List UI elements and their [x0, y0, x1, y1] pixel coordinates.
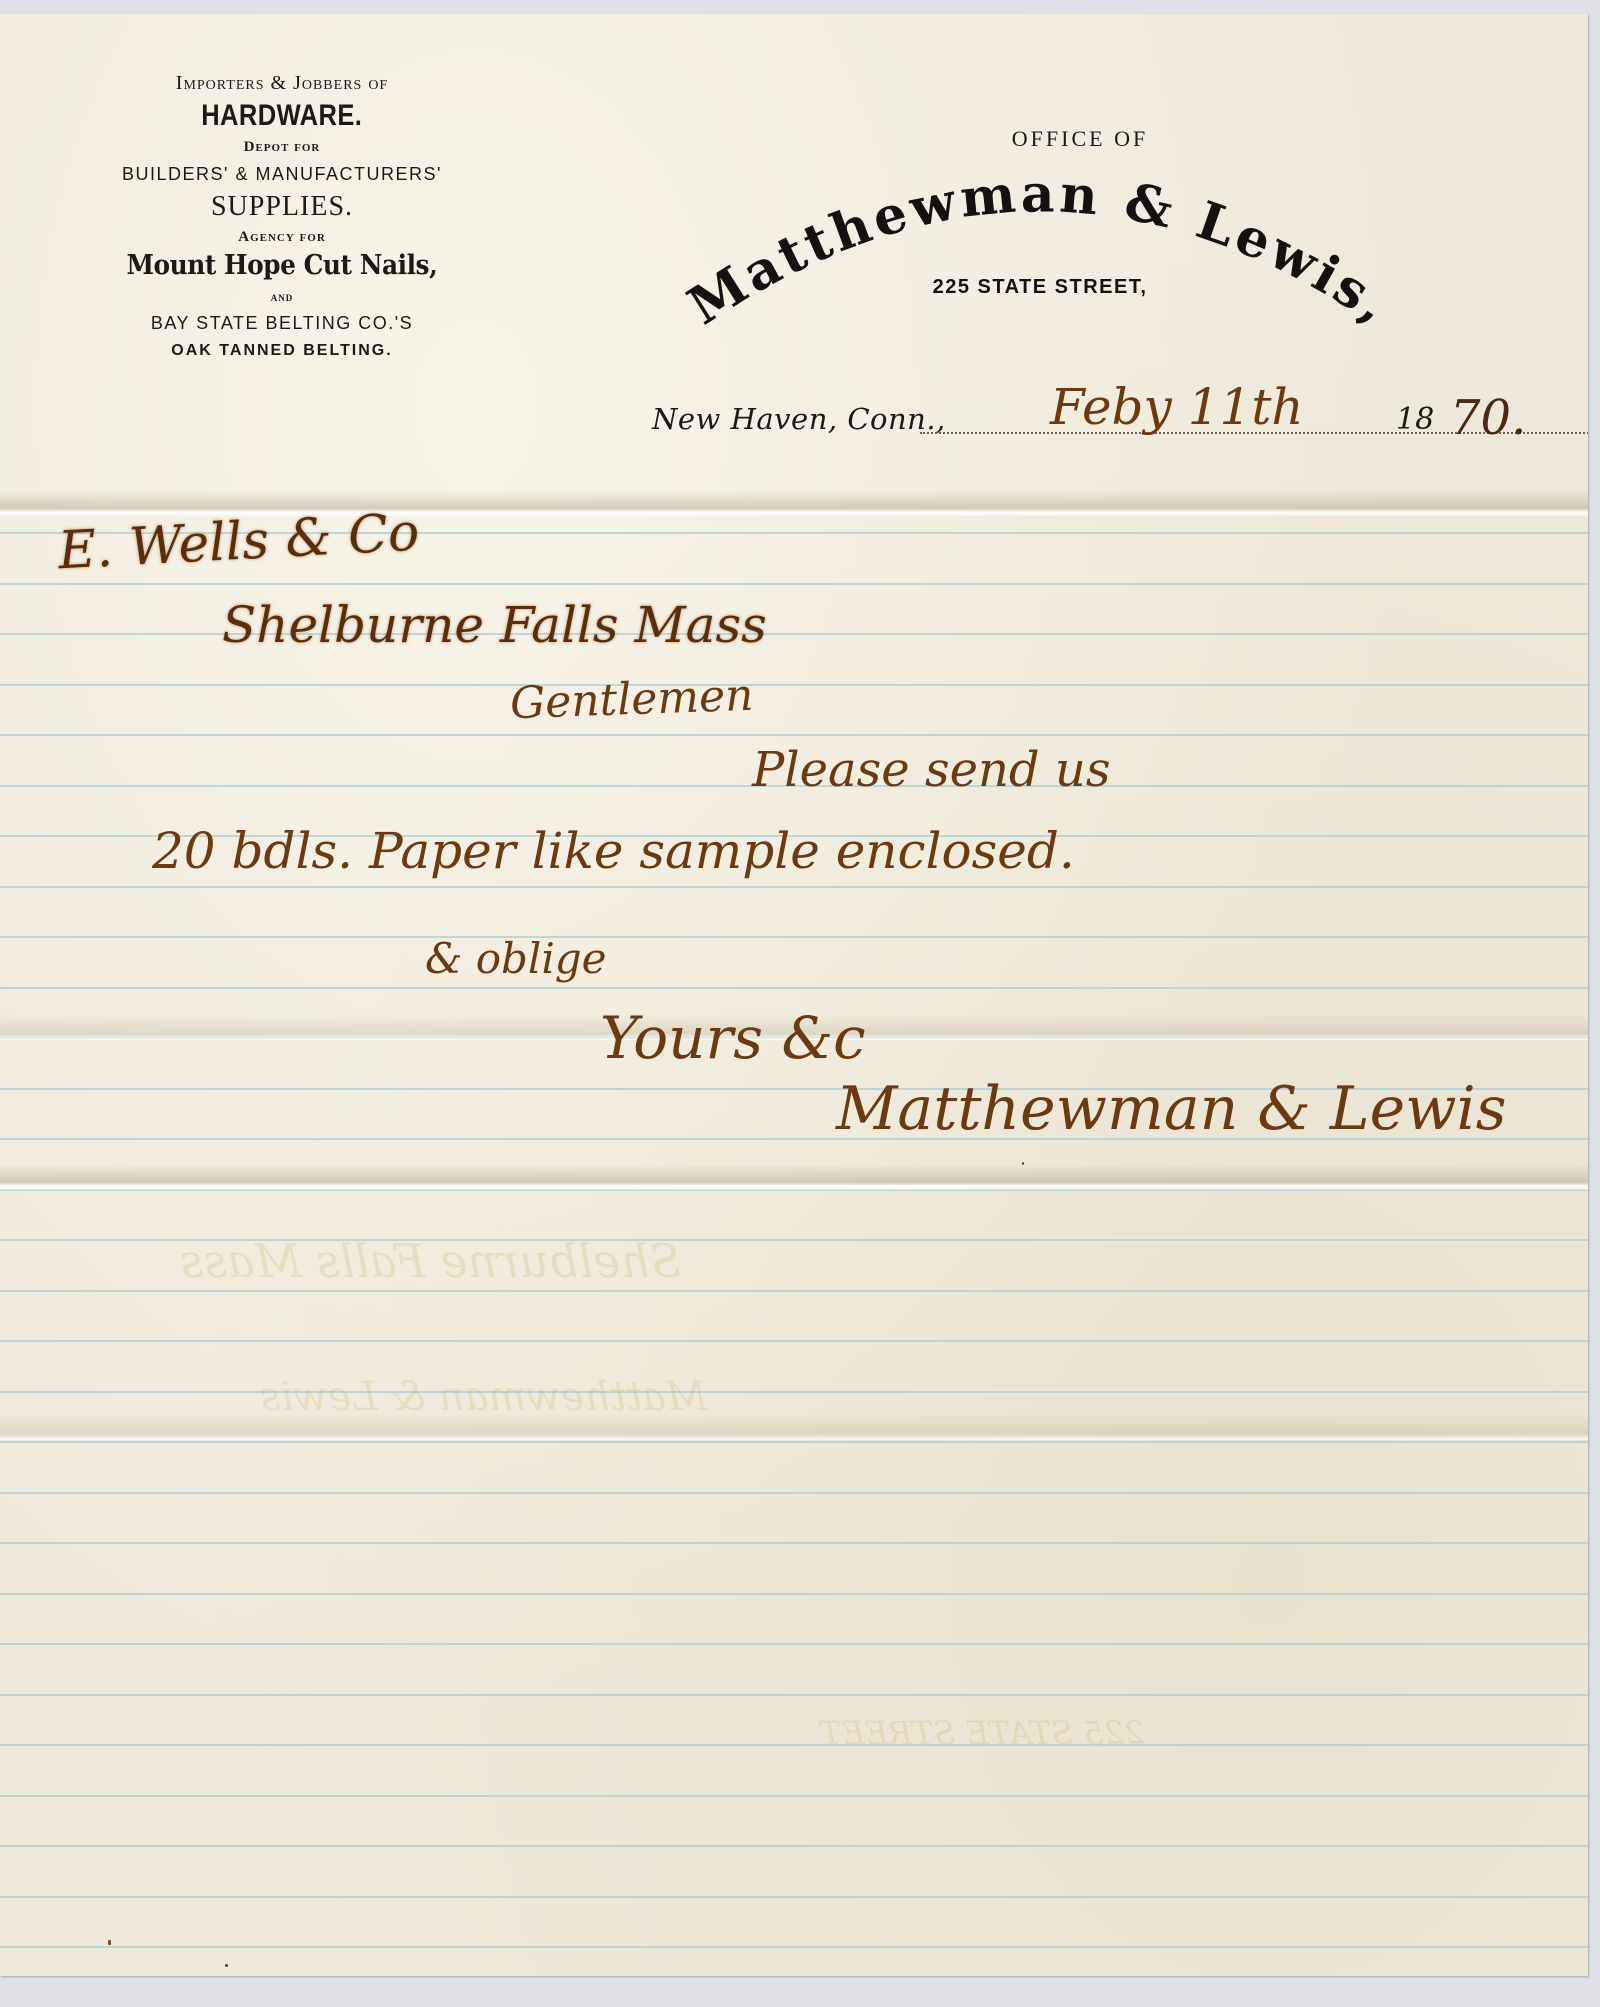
rule-line [0, 1239, 1588, 1241]
letterhead-importers: Importers & Jobbers of [82, 72, 482, 95]
letterhead-left-block: Importers & Jobbers of HARDWARE. Depot f… [82, 72, 482, 360]
rule-line [0, 1290, 1588, 1292]
letterhead-mount-hope: Mount Hope Cut Nails, [127, 250, 438, 281]
rule-line [0, 583, 1588, 585]
letterhead-builders: BUILDERS' & MANUFACTURERS' [82, 164, 482, 185]
letter-closing: Yours &c [600, 1004, 866, 1072]
letterhead-office-of: OFFICE OF [900, 126, 1260, 152]
rule-line [0, 1643, 1588, 1645]
dateline-place: New Haven, Conn., [652, 402, 946, 436]
rule-line [0, 1189, 1588, 1191]
letterhead-address: 225 STATE STREET, [880, 276, 1200, 299]
rule-line [0, 734, 1588, 736]
ink-speck [1022, 1162, 1024, 1165]
letter-closing: & oblige [425, 934, 607, 983]
letterhead-depot-for: Depot for [82, 139, 482, 156]
ink-speck [108, 1940, 111, 1945]
rule-line [0, 886, 1588, 888]
letter-addressee-place: Shelburne Falls Mass [222, 596, 767, 654]
ink-speck [225, 1964, 228, 1967]
letter-greeting: Gentlemen [509, 670, 754, 729]
letter-signature: Matthewman & Lewis [836, 1074, 1507, 1144]
rule-line [0, 1542, 1588, 1544]
rule-line [0, 1896, 1588, 1898]
rule-line [0, 1340, 1588, 1342]
rule-line [0, 1492, 1588, 1494]
rule-line [0, 987, 1588, 989]
letterhead-bay-state: BAY STATE BELTING CO.'S [82, 313, 482, 334]
reverse-show-through: Matthewman & Lewis [260, 1374, 707, 1420]
letterhead-and: and [82, 289, 482, 305]
dateline-handwritten-date: Feby 11th [1050, 378, 1304, 436]
letter-sheet: Shelburne Falls Mass Matthewman & Lewis … [0, 14, 1588, 1976]
letterhead-supplies: SUPPLIES. [82, 191, 482, 223]
fold-line [0, 1164, 1588, 1190]
reverse-show-through: 225 STATE STREET [820, 1714, 1144, 1752]
rule-line [0, 1744, 1588, 1746]
letter-body-line: Please send us [752, 742, 1110, 798]
rule-line [0, 1441, 1588, 1443]
rule-line [0, 684, 1588, 686]
rule-line [0, 1795, 1588, 1797]
rule-line [0, 1593, 1588, 1595]
dateline-year-printed: 18 [1396, 402, 1434, 437]
rule-line [0, 1391, 1588, 1393]
letterhead-agency-for: Agency for [82, 229, 482, 246]
firm-name-text: Matthewman & Lewis, [680, 163, 1400, 337]
rule-line [0, 1845, 1588, 1847]
letter-body-line: 20 bdls. Paper like sample enclosed. [152, 822, 1075, 880]
dateline: New Haven, Conn., Feby 11th 18 70. [650, 394, 1550, 454]
rule-line [0, 1694, 1588, 1696]
letter-addressee: E. Wells & Co [57, 503, 421, 582]
letterhead-firm-name: Matthewman & Lewis, [680, 154, 1400, 354]
rule-line [0, 1946, 1588, 1948]
letterhead-hardware: HARDWARE. [201, 99, 362, 133]
ruled-lines [0, 514, 1588, 1976]
fold-line [0, 1414, 1588, 1440]
svg-text:Matthewman & Lewis,: Matthewman & Lewis, [680, 163, 1400, 337]
letterhead-oak-tanned: OAK TANNED BELTING. [82, 342, 482, 360]
reverse-show-through: Shelburne Falls Mass [180, 1234, 681, 1288]
rule-line [0, 936, 1588, 938]
dateline-year-handwritten: 70. [1450, 390, 1526, 446]
